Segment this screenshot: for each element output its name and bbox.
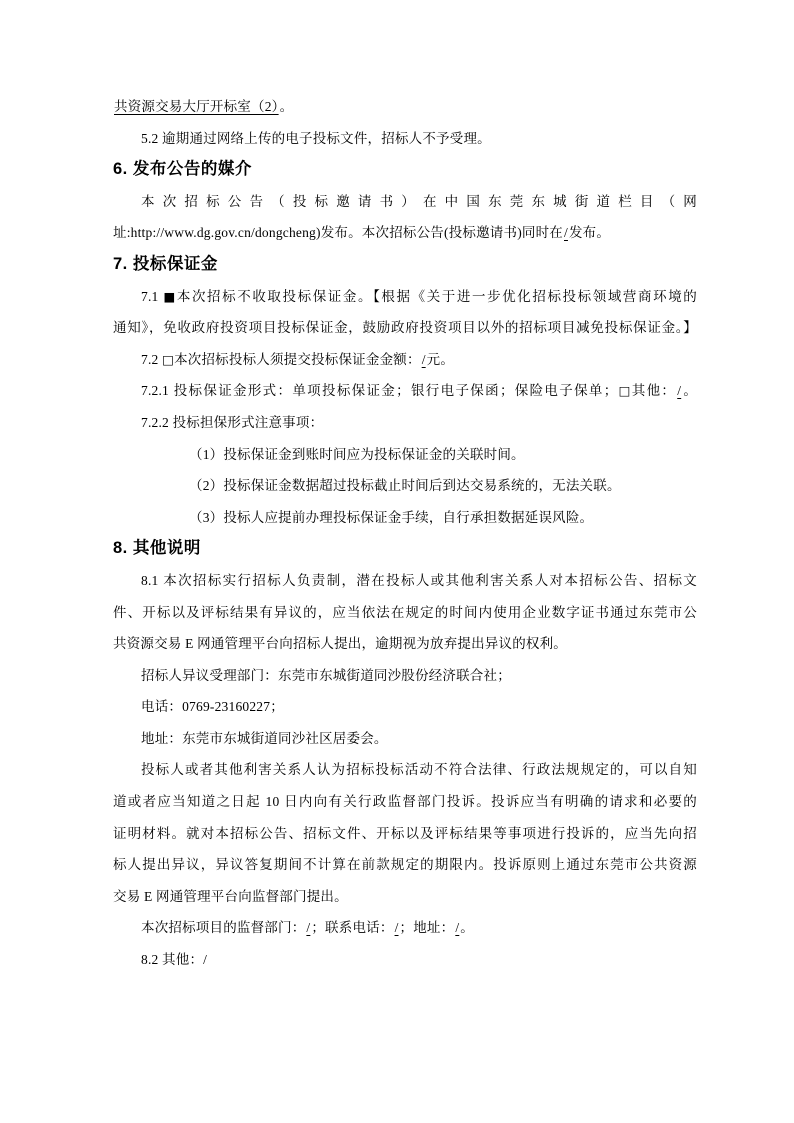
venue-underlined-text: 共资源交易大厅开标室（2） [113,99,280,114]
clause-7-2-2: 7.2.2 投标担保形式注意事项： [113,407,697,439]
section-6-heading: 6. 发布公告的媒介 [113,154,697,186]
clause-7-2-2-item-3: （3）投标人应提前办理投标保证金手续，自行承担数据延误风险。 [189,502,697,534]
clause-7-1-line-2: 通知》，免收政府投资项目投标保证金，鼓励政府投资项目以外的招标项目减免投标保证金… [113,312,697,344]
document-body: 共资源交易大厅开标室（2）。 5.2 逾期通过网络上传的电子投标文件，招标人不予… [113,91,697,976]
clause-5-2: 5.2 逾期通过网络上传的电子投标文件，招标人不予受理。 [113,123,697,155]
clause-8-1-line-2: 件、开标以及评标结果有异议的，应当依法在规定的时间内使用企业数字证书通过东莞市公 [113,597,697,629]
section-7-heading: 7. 投标保证金 [113,249,697,281]
complaint-paragraph-line-3: 证明材料。就对本招标公告、招标文件、开标以及评标结果等事项进行投诉的，应当先向招 [113,818,697,850]
venue-period: 。 [280,99,294,114]
clause-7-2-2-item-1: （1）投标保证金到账时间应为投标保证金的关联时间。 [189,439,697,471]
document-page: 共资源交易大厅开标室（2）。 5.2 逾期通过网络上传的电子投标文件，招标人不予… [0,0,794,1123]
checkbox-checked-icon: ■ [163,289,176,304]
checkbox-empty-icon: □ [617,383,631,398]
objection-address-line: 地址：东莞市东城街道同沙社区居委会。 [113,723,697,755]
objection-phone-line: 电话：0769-23160227； [113,691,697,723]
section-6-paragraph-line-1: 本次招标公告（投标邀请书）在中国东莞东城街道栏目（网 [113,186,697,218]
complaint-paragraph-line-5: 交易 E 网通管理平台向监督部门提出。 [113,881,697,913]
supervision-department-line: 本次招标项目的监督部门：/；联系电话：/；地址：/。 [113,912,697,944]
clause-7-2: 7.2 □本次招标投标人须提交投标保证金金额：/元。 [113,344,697,376]
clause-8-1-line-3: 共资源交易 E 网通管理平台向招标人提出，逾期视为放弃提出异议的权利。 [113,628,697,660]
complaint-paragraph-line-2: 道或者应当知道之日起 10 日内向有关行政监督部门投诉。投诉应当有明确的请求和必… [113,786,697,818]
clause-8-1-line-1: 8.1 本次招标实行招标人负责制，潜在投标人或其他利害关系人对本招标公告、招标文 [113,565,697,597]
section-6-paragraph-line-2: 址:http://www.dg.gov.cn/dongcheng)发布。本次招标… [113,217,697,249]
checkbox-empty-icon: □ [162,352,174,367]
clause-7-1-line-1: 7.1 ■本次招标不收取投标保证金。【根据《关于进一步优化招标投标领域营商环境的 [113,281,697,313]
complaint-paragraph-line-4: 标人提出异议，异议答复期间不计算在前款规定的期限内。投诉原则上通过东莞市公共资源 [113,849,697,881]
clause-8-2: 8.2 其他：/ [113,944,697,976]
section-8-heading: 8. 其他说明 [113,533,697,565]
complaint-paragraph-line-1: 投标人或者其他利害关系人认为招标投标活动不符合法律、行政法规规定的，可以自知 [113,754,697,786]
objection-department-line: 招标人异议受理部门：东莞市东城街道同沙股份经济联合社； [113,660,697,692]
clause-7-2-2-item-2: （2）投标保证金数据超过投标截止时间后到达交易系统的，无法关联。 [189,470,697,502]
clause-7-2-1: 7.2.1 投标保证金形式：单项投标保证金；银行电子保函；保险电子保单；□其他：… [113,375,697,407]
venue-continuation-line: 共资源交易大厅开标室（2）。 [113,91,697,123]
